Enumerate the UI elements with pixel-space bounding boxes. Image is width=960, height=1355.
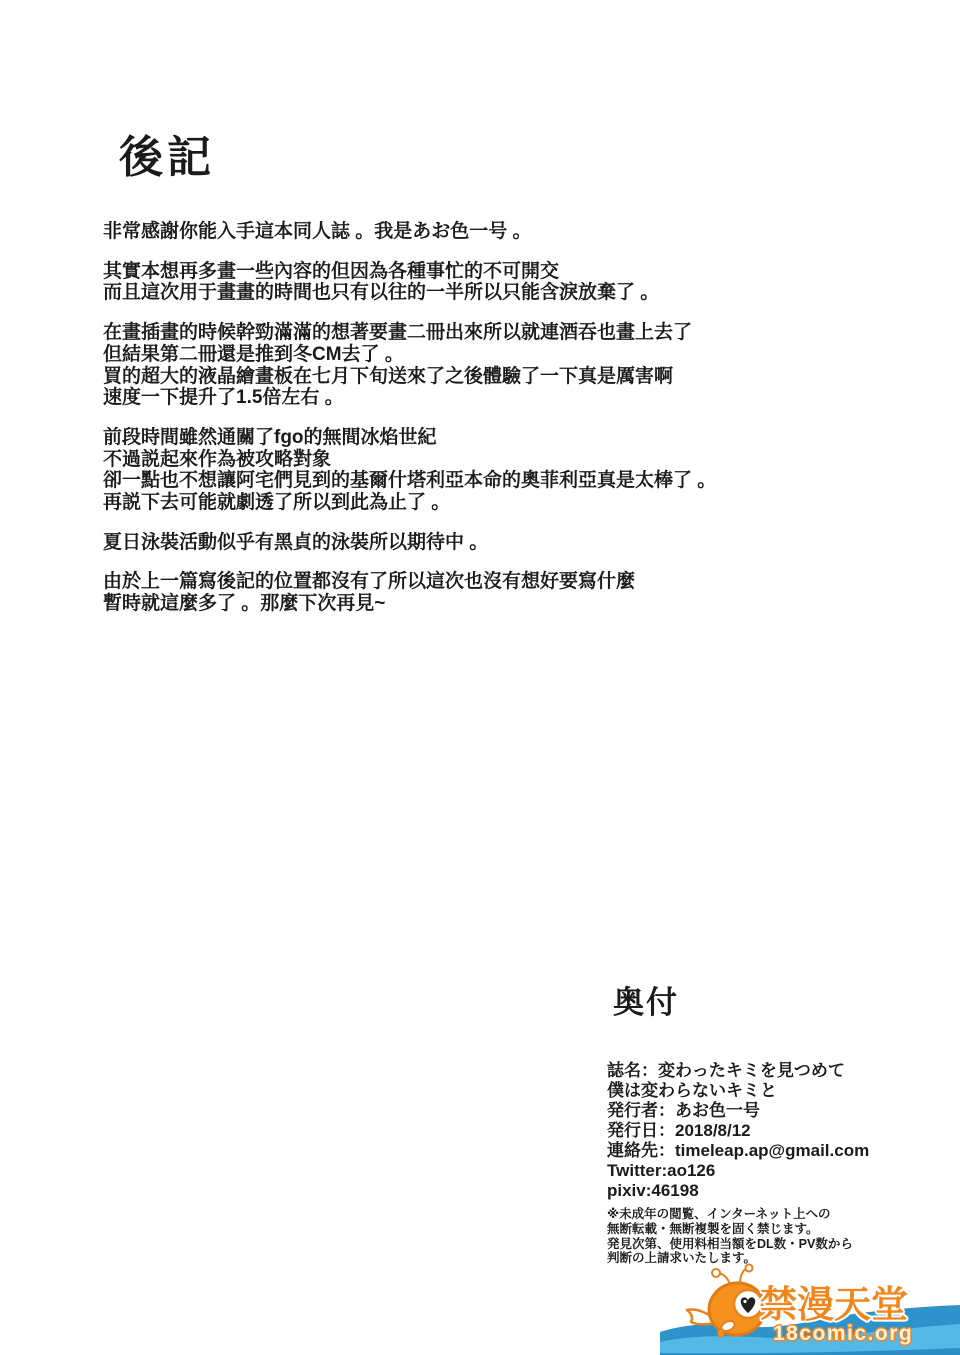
afterword-line: 在畫插畫的時候幹勁滿滿的想著要畫二冊出來所以就連酒吞也畫上去了 — [103, 322, 663, 344]
afterword-paragraph: 前段時間雖然通關了fgo的無間冰焰世紀 不過説起來作為被攻略對象 卻一點也不想讓… — [103, 427, 663, 514]
afterword-line: 再説下去可能就劇透了所以到此為止了 。 — [103, 492, 663, 514]
notice-line: ※未成年の閲覧、インターネット上への — [607, 1207, 947, 1222]
colophon-line-publisher: 発行者：あお色一号 — [607, 1101, 947, 1121]
afterword-line: 由於上一篇寫後記的位置都沒有了所以這次也沒有想好要寫什麼 — [103, 571, 663, 593]
notice-line: 無断転載・無断複製を固く禁じます。 — [607, 1222, 947, 1237]
afterword-body: 非常感謝你能入手這本同人誌 。我是あお色一号 。 其實本想再多畫一些內容的但因為… — [103, 221, 663, 615]
site-url-logo: 18comic.org — [773, 1323, 913, 1345]
notice-line: 発見次第、使用料相当額をDL数・PV数から — [607, 1237, 947, 1252]
colophon-line-contact-email: 連絡先：timeleap.ap@gmail.com — [607, 1141, 947, 1161]
afterword-line: 速度一下提升了1.5倍左右 。 — [103, 387, 663, 409]
afterword-line: 不過説起來作為被攻略對象 — [103, 449, 663, 471]
afterword-section: 後記 非常感謝你能入手這本同人誌 。我是あお色一号 。 其實本想再多畫一些內容的… — [103, 133, 663, 633]
colophon-details: 誌名：変わったキミを見つめて 僕は変わらないキミと 発行者：あお色一号 発行日：… — [607, 1061, 947, 1201]
afterword-paragraph: 由於上一篇寫後記的位置都沒有了所以這次也沒有想好要寫什麼 暫時就這麼多了 。那麼… — [103, 571, 663, 614]
site-watermark: 禁漫天堂 18comic.org — [660, 1260, 960, 1355]
colophon-notice: ※未成年の閲覧、インターネット上への 無断転載・無断複製を固く禁じます。 発見次… — [607, 1207, 947, 1266]
afterword-paragraph: 夏日泳裝活動似乎有黑貞的泳裝所以期待中 。 — [103, 532, 663, 554]
afterword-paragraph: 在畫插畫的時候幹勁滿滿的想著要畫二冊出來所以就連酒吞也畫上去了 但結果第二冊還是… — [103, 322, 663, 409]
colophon-section: 奥付 誌名：変わったキミを見つめて 僕は変わらないキミと 発行者：あお色一号 発… — [607, 984, 947, 1266]
afterword-paragraph: 其實本想再多畫一些內容的但因為各種事忙的不可開交 而且這次用于畫畫的時間也只有以… — [103, 261, 663, 304]
colophon-line-book-title: 誌名：変わったキミを見つめて — [607, 1061, 947, 1081]
colophon-title: 奥付 — [613, 984, 947, 1022]
afterword-paragraph: 非常感謝你能入手這本同人誌 。我是あお色一号 。 — [103, 221, 663, 243]
afterword-line: 買的超大的液晶繪畫板在七月下旬送來了之後體驗了一下真是厲害啊 — [103, 366, 663, 388]
afterword-line: 卻一點也不想讓阿宅們見到的基爾什塔利亞本命的奧菲利亞真是太棒了 。 — [103, 470, 663, 492]
afterword-line: 而且這次用于畫畫的時間也只有以往的一半所以只能含淚放棄了 。 — [103, 282, 663, 304]
afterword-line: 非常感謝你能入手這本同人誌 。我是あお色一号 。 — [103, 221, 663, 243]
afterword-line: 但結果第二冊還是推到冬CM去了 。 — [103, 344, 663, 366]
colophon-line-twitter: Twitter:ao126 — [607, 1161, 947, 1181]
colophon-line-publish-date: 発行日：2018/8/12 — [607, 1121, 947, 1141]
site-name-logo: 禁漫天堂 — [760, 1286, 908, 1324]
afterword-title: 後記 — [119, 133, 663, 183]
afterword-line: 夏日泳裝活動似乎有黑貞的泳裝所以期待中 。 — [103, 532, 663, 554]
colophon-line-book-title-2: 僕は変わらないキミと — [607, 1081, 947, 1101]
scanned-afterword-page: 後記 非常感謝你能入手這本同人誌 。我是あお色一号 。 其實本想再多畫一些內容的… — [0, 0, 960, 1355]
afterword-line: 前段時間雖然通關了fgo的無間冰焰世紀 — [103, 427, 663, 449]
colophon-line-pixiv: pixiv:46198 — [607, 1181, 947, 1201]
afterword-line: 暫時就這麼多了 。那麼下次再見~ — [103, 593, 663, 615]
afterword-line: 其實本想再多畫一些內容的但因為各種事忙的不可開交 — [103, 261, 663, 283]
